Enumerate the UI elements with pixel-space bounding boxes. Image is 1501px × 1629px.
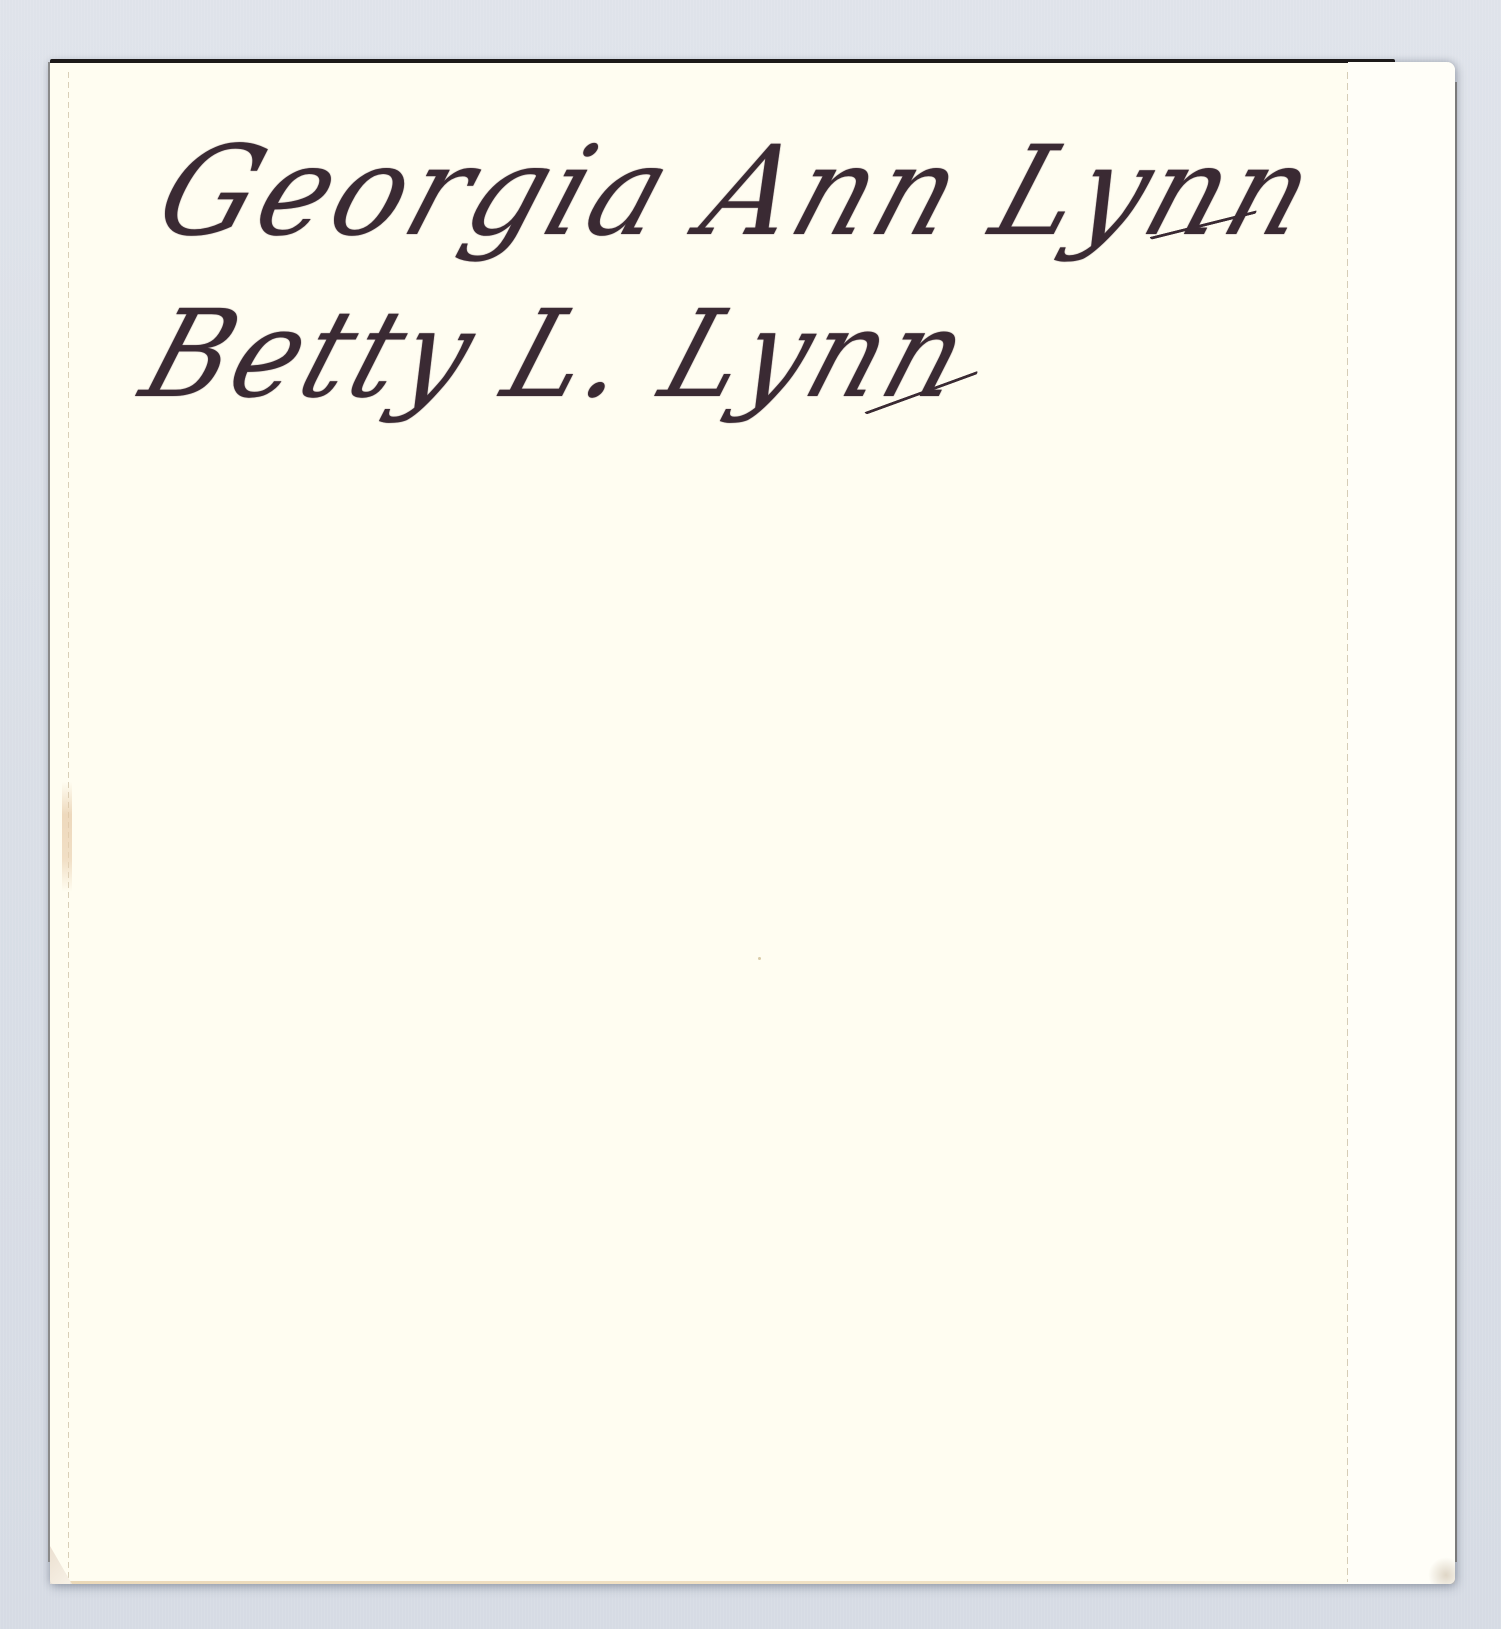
signature-georgia-ann-lynn: Georgia Ann Lynn <box>141 119 1334 264</box>
card-right-edge <box>1455 82 1457 1562</box>
fold-line-right <box>1347 72 1348 1582</box>
corner-wear-bottom-right <box>1425 1554 1455 1584</box>
paper-card: Georgia Ann Lynn Betty L. Lynn <box>50 62 1455 1584</box>
card-top-edge <box>50 59 1395 63</box>
card-left-edge <box>48 62 50 1562</box>
edge-stain <box>62 782 72 892</box>
card-right-flap <box>1348 62 1455 1584</box>
signature-betty-l-lynn: Betty L. Lynn <box>127 285 988 425</box>
paper-speck <box>758 957 761 960</box>
bottom-edge-stain <box>70 1581 1340 1584</box>
